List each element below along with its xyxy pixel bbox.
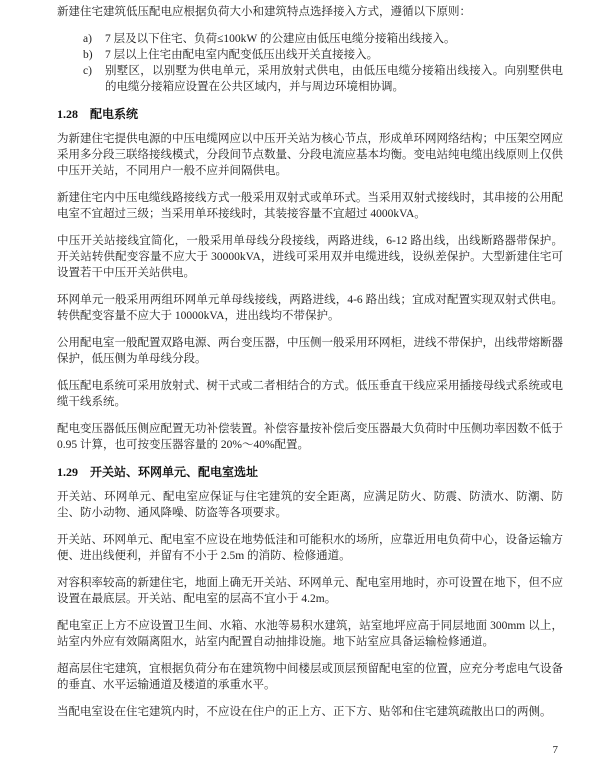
- list-item-text: 别墅区，以别墅为供电单元，采用放射式供电，由低压电缆分接箱出线接入。向别墅供电的…: [105, 63, 563, 95]
- connection-rules-list: a) 7 层及以下住宅、负荷≤100kW 的公建应由低压电缆分接箱出线接入。 b…: [57, 31, 563, 95]
- list-item: b) 7 层以上住宅由配电室内配变低压出线开关直接接入。: [83, 47, 563, 63]
- list-item: c) 别墅区，以别墅为供电单元，采用放射式供电，由低压电缆分接箱出线接入。向别墅…: [83, 63, 563, 95]
- document-page: 新建住宅建筑低压配电应根据负荷大小和建筑特点选择接入方式，遵循以下原则： a) …: [0, 0, 603, 772]
- section-number: 1.29: [57, 465, 78, 479]
- page-number: 7: [553, 744, 559, 756]
- paragraph: 开关站、环网单元、配电室不应设在地势低洼和可能积水的场所，应靠近用电负荷中心，设…: [57, 532, 563, 564]
- paragraph: 超高层住宅建筑，宜根据负荷分布在建筑物中间楼层或顶层预留配电室的位置，应充分考虑…: [57, 661, 563, 693]
- list-item-marker: b): [83, 47, 105, 63]
- paragraph: 低压配电系统可采用放射式、树干式或二者相结合的方式。低压垂直干线应采用插接母线式…: [57, 378, 563, 410]
- list-item: a) 7 层及以下住宅、负荷≤100kW 的公建应由低压电缆分接箱出线接入。: [83, 31, 563, 47]
- paragraph: 中压开关站接线宜简化，一般采用单母线分段接线，两路进线，6-12 路出线，出线断…: [57, 233, 563, 281]
- paragraph: 公用配电室一般配置双路电源、两台变压器，中压侧一般采用环网柜，进线不带保护，出线…: [57, 335, 563, 367]
- paragraph: 当配电室设在住宅建筑内时，不应设在住户的正上方、正下方、贴邻和住宅建筑疏散出口的…: [57, 704, 563, 720]
- paragraph: 为新建住宅提供电源的中压电缆网应以中压开关站为核心节点，形成单环网网络结构；中压…: [57, 131, 563, 179]
- paragraph: 配电室正上方不应设置卫生间、水箱、水池等易积水建筑，站室地坪应高于同层地面 30…: [57, 618, 563, 650]
- paragraph: 对容积率较高的新建住宅，地面上确无开关站、环网单元、配电室用地时，亦可设置在地下…: [57, 575, 563, 607]
- paragraph: 开关站、环网单元、配电室应保证与住宅建筑的安全距离，应满足防火、防震、防渍水、防…: [57, 489, 563, 521]
- list-item-text: 7 层以上住宅由配电室内配变低压出线开关直接接入。: [105, 47, 563, 63]
- section-title: 配电系统: [90, 107, 138, 121]
- intro-paragraph: 新建住宅建筑低压配电应根据负荷大小和建筑特点选择接入方式，遵循以下原则：: [57, 4, 563, 20]
- paragraph: 新建住宅内中压电缆线路接线方式一般采用双射式或单环式。当采用双射式接线时，其串接…: [57, 190, 563, 222]
- list-item-marker: a): [83, 31, 105, 47]
- list-item-text: 7 层及以下住宅、负荷≤100kW 的公建应由低压电缆分接箱出线接入。: [105, 31, 563, 47]
- section-number: 1.28: [57, 107, 78, 121]
- list-item-marker: c): [83, 63, 105, 95]
- section-heading-1-28: 1.28配电系统: [57, 106, 563, 122]
- paragraph: 环网单元一般采用两组环网单元单母线接线，两路进线，4-6 路出线；宜成对配置实现…: [57, 292, 563, 324]
- paragraph: 配电变压器低压侧应配置无功补偿装置。补偿容量按补偿后变压器最大负荷时中压侧功率因…: [57, 421, 563, 453]
- section-heading-1-29: 1.29开关站、环网单元、配电室选址: [57, 464, 563, 480]
- section-title: 开关站、环网单元、配电室选址: [90, 465, 258, 479]
